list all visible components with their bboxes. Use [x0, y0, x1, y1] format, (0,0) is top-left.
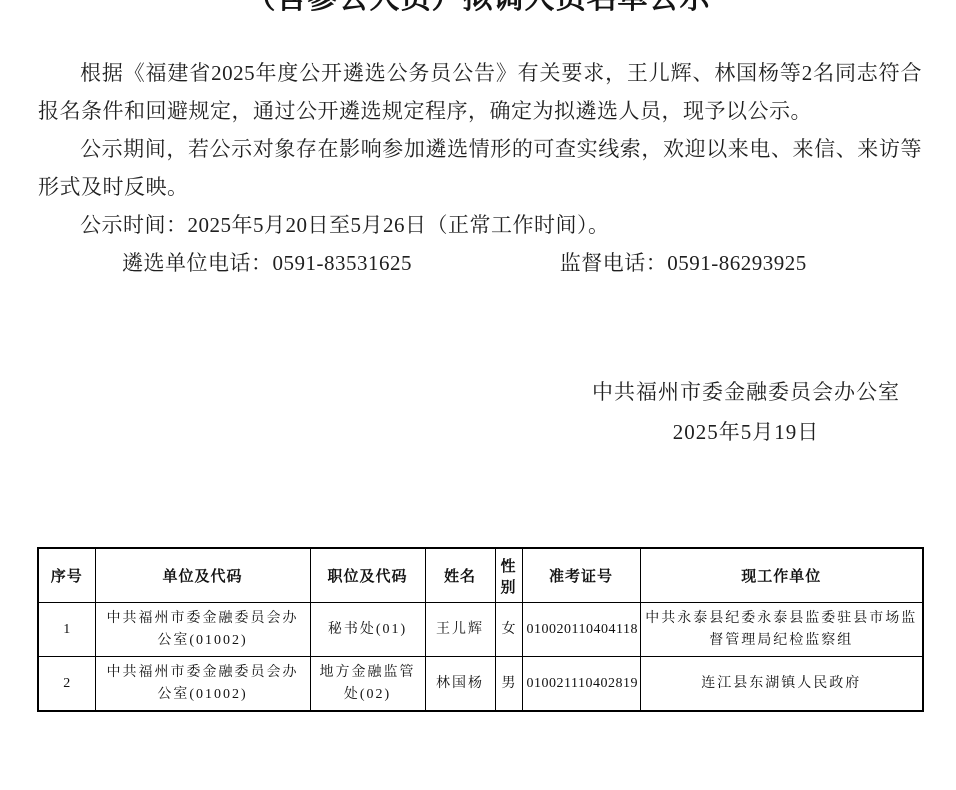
- signature-organization: 中共福州市委金融委员会办公室: [592, 372, 900, 412]
- header-gender: 性别: [495, 548, 522, 603]
- cell-name: 林国杨: [425, 657, 495, 712]
- page-title-clipped: （含参公人员）拟调人员名单公示: [0, 0, 956, 15]
- header-name: 姓名: [425, 548, 495, 603]
- cell-gender: 女: [495, 603, 522, 657]
- table-header-row: 序号 单位及代码 职位及代码 姓名 性别 准考证号 现工作单位: [38, 548, 923, 603]
- cell-current-work-unit: 连江县东湖镇人民政府: [640, 657, 923, 712]
- header-unit-code: 单位及代码: [95, 548, 310, 603]
- signature-date: 2025年5月19日: [592, 412, 900, 452]
- signature-block: 中共福州市委金融委员会办公室 2025年5月19日: [592, 372, 900, 452]
- cell-serial-number: 1: [38, 603, 95, 657]
- cell-position-code: 地方金融监管处(02): [310, 657, 425, 712]
- cell-current-work-unit: 中共永泰县纪委永泰县监委驻县市场监督管理局纪检监察组: [640, 603, 923, 657]
- supervision-phone: 监督电话：0591-86293925: [560, 251, 807, 275]
- table-row: 1 中共福州市委金融委员会办公室(01002) 秘书处(01) 王儿辉 女 01…: [38, 603, 923, 657]
- header-position-code: 职位及代码: [310, 548, 425, 603]
- table-row: 2 中共福州市委金融委员会办公室(01002) 地方金融监管处(02) 林国杨 …: [38, 657, 923, 712]
- selection-unit-phone: 遴选单位电话：0591-83531625: [122, 251, 412, 275]
- paragraph-publicity-period: 公示时间：2025年5月20日至5月26日（正常工作时间）。: [38, 206, 922, 244]
- cell-unit-code: 中共福州市委金融委员会办公室(01002): [95, 657, 310, 712]
- header-ticket-number: 准考证号: [522, 548, 640, 603]
- header-current-work-unit: 现工作单位: [640, 548, 923, 603]
- cell-ticket-number: 010021110402819: [522, 657, 640, 712]
- cell-gender: 男: [495, 657, 522, 712]
- cell-position-code: 秘书处(01): [310, 603, 425, 657]
- cell-name: 王儿辉: [425, 603, 495, 657]
- cell-unit-code: 中共福州市委金融委员会办公室(01002): [95, 603, 310, 657]
- header-serial-number: 序号: [38, 548, 95, 603]
- cell-ticket-number: 010020110404118: [522, 603, 640, 657]
- document-body: 根据《福建省2025年度公开遴选公务员公告》有关要求，王儿辉、林国杨等2名同志符…: [38, 54, 922, 282]
- announcement-page: { "document": { "title_partial": "（含参公人员…: [0, 0, 956, 790]
- paragraph-feedback: 公示期间，若公示对象存在影响参加遴选情形的可查实线索，欢迎以来电、来信、来访等形…: [38, 130, 922, 206]
- cell-serial-number: 2: [38, 657, 95, 712]
- candidate-table: 序号 单位及代码 职位及代码 姓名 性别 准考证号 现工作单位 1 中共福州市委…: [37, 547, 924, 712]
- paragraph-basis: 根据《福建省2025年度公开遴选公务员公告》有关要求，王儿辉、林国杨等2名同志符…: [38, 54, 922, 130]
- phone-line: 遴选单位电话：0591-83531625 监督电话：0591-86293925: [38, 244, 922, 282]
